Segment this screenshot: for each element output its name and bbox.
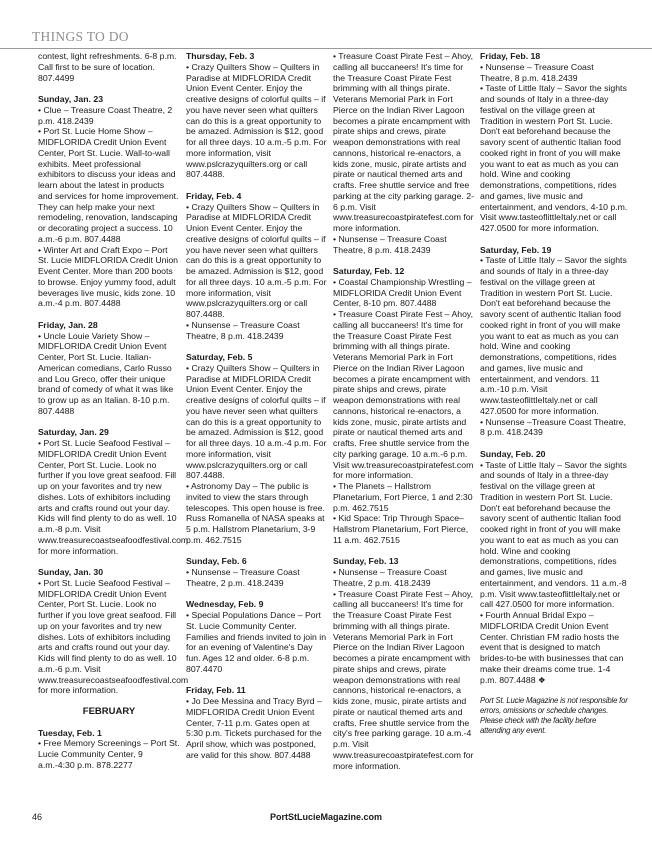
day-heading: Friday, Feb. 18	[480, 51, 628, 62]
event-day: Saturday, Jan. 29 • Port St. Lucie Seafo…	[38, 427, 180, 556]
day-heading: Sunday, Feb. 6	[186, 556, 328, 567]
event-entry: • Port St. Lucie Seafood Festival – MIDF…	[38, 438, 180, 556]
event-entry: • Jo Dee Messina and Tracy Byrd – MIDFLO…	[186, 696, 328, 761]
day-heading: Saturday, Feb. 19	[480, 245, 628, 256]
column-4: Friday, Feb. 18 • Nunsense – Treasure Co…	[480, 51, 628, 736]
event-entry: • Treasure Coast Pirate Fest – Ahoy, cal…	[333, 309, 475, 481]
event-day: • Treasure Coast Pirate Fest – Ahoy, cal…	[333, 51, 475, 255]
event-day: Friday, Feb. 11 • Jo Dee Messina and Tra…	[186, 685, 328, 760]
event-day: Sunday, Feb. 20 • Taste of Little Italy …	[480, 449, 628, 686]
day-heading: Sunday, Feb. 13	[333, 556, 475, 567]
event-entry: • Free Memory Screenings – Port St. Luci…	[38, 738, 180, 770]
day-heading: Thursday, Feb. 3	[186, 51, 328, 62]
event-day: Sunday, Feb. 6 • Nunsense – Treasure Coa…	[186, 556, 328, 588]
event-entry: • Port St. Lucie Seafood Festival – MIDF…	[38, 578, 180, 696]
event-entry: • Coastal Championship Wrestling – MIDFL…	[333, 277, 475, 309]
day-heading: Friday, Jan. 28	[38, 320, 180, 331]
event-entry: • Nunsense –Treasure Coast Theatre, 8 p.…	[480, 417, 628, 439]
event-day: Sunday, Jan. 23 • Clue – Treasure Coast …	[38, 94, 180, 309]
section-title: THINGS TO DO	[32, 29, 129, 45]
column-3: • Treasure Coast Pirate Fest – Ahoy, cal…	[333, 51, 475, 782]
event-entry: • Uncle Louie Variety Show – MIDFLORIDA …	[38, 331, 180, 417]
event-day: Friday, Feb. 18 • Nunsense – Treasure Co…	[480, 51, 628, 234]
day-heading: Wednesday, Feb. 9	[186, 599, 328, 610]
event-entry: • Taste of Little Italy – Savor the sigh…	[480, 83, 628, 234]
event-day: Sunday, Feb. 13 • Nunsense – Treasure Co…	[333, 556, 475, 771]
day-heading: Saturday, Feb. 12	[333, 266, 475, 277]
event-day: Saturday, Feb. 5 • Crazy Quilters Show –…	[186, 352, 328, 546]
event-entry: • Clue – Treasure Coast Theatre, 2 p.m. …	[38, 105, 180, 127]
event-day: Thursday, Feb. 3 • Crazy Quilters Show –…	[186, 51, 328, 180]
day-heading: Friday, Feb. 11	[186, 685, 328, 696]
event-entry: contest, light refreshments. 6-8 p.m. Ca…	[38, 51, 180, 83]
event-entry: • Nunsense – Treasure Coast Theatre, 8 p…	[333, 234, 475, 256]
event-day: Wednesday, Feb. 9 • Special Populations …	[186, 599, 328, 674]
day-heading: Sunday, Jan. 30	[38, 567, 180, 578]
day-heading: Friday, Feb. 4	[186, 191, 328, 202]
event-entry: • Crazy Quilters Show – Quilters in Para…	[186, 62, 328, 180]
event-entry: • The Planets – Hallstrom Planetarium, F…	[333, 481, 475, 513]
day-heading: Saturday, Jan. 29	[38, 427, 180, 438]
event-day: Friday, Feb. 4 • Crazy Quilters Show – Q…	[186, 191, 328, 342]
event-entry: • Astronomy Day – The public is invited …	[186, 481, 328, 546]
column-2: Thursday, Feb. 3 • Crazy Quilters Show –…	[186, 51, 328, 771]
event-entry: • Nunsense – Treasure Coast Theatre, 8 p…	[186, 320, 328, 342]
event-day: contest, light refreshments. 6-8 p.m. Ca…	[38, 51, 180, 83]
day-heading: Sunday, Jan. 23	[38, 94, 180, 105]
day-heading: Sunday, Feb. 20	[480, 449, 628, 460]
event-entry: • Nunsense – Treasure Coast Theatre, 2 p…	[186, 567, 328, 589]
event-entry: • Crazy Quilters Show – Quilters in Para…	[186, 202, 328, 320]
event-entry: • Taste of Little Italy – Savor the sigh…	[480, 460, 628, 611]
column-1: contest, light refreshments. 6-8 p.m. Ca…	[38, 51, 180, 781]
month-heading: FEBRUARY	[38, 707, 180, 718]
disclaimer-note: Port St. Lucie Magazine is not responsib…	[480, 696, 628, 736]
day-heading: Saturday, Feb. 5	[186, 352, 328, 363]
event-day: Saturday, Feb. 19 • Taste of Little Ital…	[480, 245, 628, 439]
event-day: Tuesday, Feb. 1 • Free Memory Screenings…	[38, 728, 180, 771]
event-entry: • Special Populations Dance – Port St. L…	[186, 610, 328, 675]
day-heading: Tuesday, Feb. 1	[38, 728, 180, 739]
event-entry: • Port St. Lucie Home Show – MIDFLORIDA …	[38, 126, 180, 244]
event-entry: • Treasure Coast Pirate Fest – Ahoy, cal…	[333, 51, 475, 234]
event-entry: • Winter Art and Craft Expo – Port St. L…	[38, 245, 180, 310]
event-entry: • Nunsense – Treasure Coast Theatre, 2 p…	[333, 567, 475, 589]
header-divider	[0, 48, 652, 49]
event-entry: • Kid Space: Trip Through Space– Hallstr…	[333, 513, 475, 545]
event-entry: • Crazy Quilters Show – Quilters in Para…	[186, 363, 328, 481]
event-day: Sunday, Jan. 30 • Port St. Lucie Seafood…	[38, 567, 180, 696]
event-day: Friday, Jan. 28 • Uncle Louie Variety Sh…	[38, 320, 180, 417]
event-day: Saturday, Feb. 12 • Coastal Championship…	[333, 266, 475, 546]
event-entry: • Taste of Little Italy – Savor the sigh…	[480, 255, 628, 416]
event-entry: • Fourth Annual Bridal Expo – MIDFLORIDA…	[480, 610, 628, 685]
footer-website: PortStLucieMagazine.com	[0, 812, 652, 822]
event-entry: • Nunsense – Treasure Coast Theatre, 8 p…	[480, 62, 628, 84]
event-entry: • Treasure Coast Pirate Fest – Ahoy, cal…	[333, 589, 475, 772]
